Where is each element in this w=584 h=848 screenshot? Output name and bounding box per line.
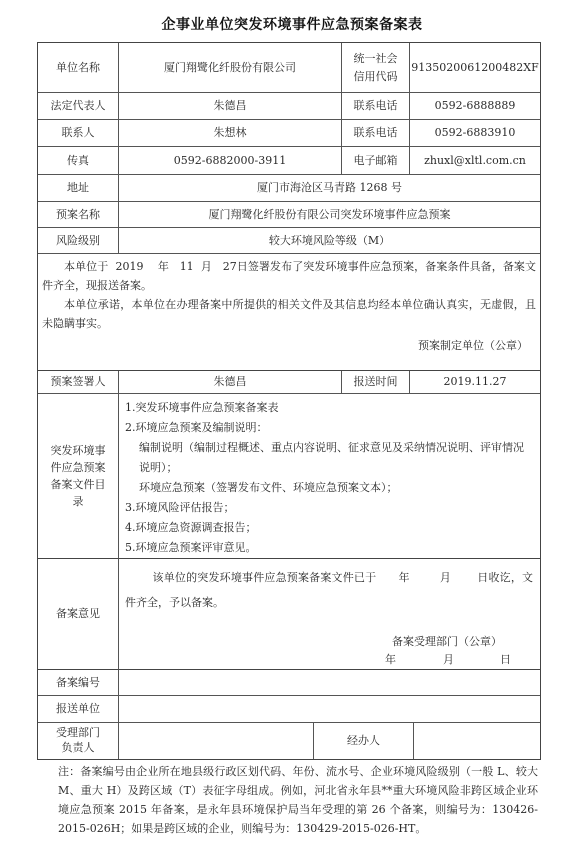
footnote: 注：备案编号由企业所在地县级行政区划代码、年份、流水号、企业环境风险级别（一般 … <box>58 762 538 838</box>
file-list-item: 编制说明（编制过程概述、重点内容说明、征求意见及采纳情况说明、评审情况说明）； <box>125 438 534 478</box>
plan-maker-stamp: 预案制定单位（公章） <box>418 336 528 355</box>
fax-label: 传真 <box>38 147 119 175</box>
opinion-date-year: 年 <box>385 651 396 667</box>
handler-value <box>414 723 540 759</box>
plan-name-label: 预案名称 <box>38 202 119 228</box>
email-value: zhuxl@xltl.com.cn <box>410 147 540 175</box>
handler-label: 经办人 <box>314 723 414 759</box>
document-title: 企事业单位突发环境事件应急预案备案表 <box>0 14 584 34</box>
declaration-day: 27 <box>223 260 237 273</box>
legal-rep-phone-value: 0592-6888889 <box>410 93 540 120</box>
file-list-item: 环境应急预案（签署发布文件、环境应急预案文本）； <box>125 478 534 498</box>
declaration-month: 11 <box>180 260 194 273</box>
declaration-paragraph-1: 本单位于 2019 年 11 月 27日签署发布了突发环境事件应急预案，备案条件… <box>42 257 536 295</box>
legal-rep-label: 法定代表人 <box>38 93 119 120</box>
legal-rep-value: 朱德昌 <box>119 93 342 120</box>
file-list-item: 3.环境风险评估报告； <box>125 498 534 518</box>
credit-code-value: 9135020061200482XF <box>410 43 540 93</box>
risk-level-label: 风险级别 <box>38 228 119 254</box>
contact-phone-value: 0592-6883910 <box>410 120 540 147</box>
submit-time-label: 报送时间 <box>342 371 410 394</box>
contact-label: 联系人 <box>38 120 119 147</box>
declaration-paragraph-2: 本单位承诺，本单位在办理备案中所提供的相关文件及其信息均经本单位确认真实，无虚假… <box>42 295 536 333</box>
opinion-date-month: 月 <box>443 651 454 667</box>
credit-code-label-line2: 信用代码 <box>354 68 398 85</box>
credit-code-label-line1: 统一社会 <box>354 50 398 67</box>
file-list-item: 2.环境应急预案及编制说明： <box>125 418 534 438</box>
address-value: 厦门市海沧区马青路 1268 号 <box>119 175 540 202</box>
submitting-unit-value <box>119 696 540 723</box>
signer-label: 预案签署人 <box>38 371 119 394</box>
file-list-item: 4.环境应急资源调查报告； <box>125 518 534 538</box>
email-label: 电子邮箱 <box>342 147 410 175</box>
plan-name-value: 厦门翔鹭化纤股份有限公司突发环境事件应急预案 <box>119 202 540 228</box>
fax-value: 0592-6882000-3911 <box>119 147 342 175</box>
dept-head-value <box>119 723 314 759</box>
unit-name-label: 单位名称 <box>38 43 119 93</box>
opinion-text: 该单位的突发环境事件应急预案备案文件已于年月日收讫，文件齐全，予以备案。 <box>125 565 533 615</box>
file-list: 1.突发环境事件应急预案备案表 2.环境应急预案及编制说明： 编制说明（编制过程… <box>119 394 540 559</box>
file-list-item: 1.突发环境事件应急预案备案表 <box>125 398 534 418</box>
file-list-item: 5.环境应急预案评审意见。 <box>125 538 534 558</box>
address-label: 地址 <box>38 175 119 202</box>
opinion-label: 备案意见 <box>38 559 119 670</box>
record-number-value <box>119 670 540 696</box>
dept-head-label: 受理部门 负责人 <box>38 723 119 759</box>
declaration-block: 本单位于 2019 年 11 月 27日签署发布了突发环境事件应急预案，备案条件… <box>38 254 540 371</box>
submitting-unit-label: 报送单位 <box>38 696 119 723</box>
contact-value: 朱想林 <box>119 120 342 147</box>
unit-name-value: 厦门翔鹭化纤股份有限公司 <box>119 43 342 93</box>
legal-rep-phone-label: 联系电话 <box>342 93 410 120</box>
opinion-date-day: 日 <box>500 651 511 667</box>
contact-phone-label: 联系电话 <box>342 120 410 147</box>
filing-dept-stamp: 备案受理部门（公章） <box>392 633 502 649</box>
credit-code-label: 统一社会 信用代码 <box>342 43 410 93</box>
signer-value: 朱德昌 <box>119 371 342 394</box>
filing-form-table: 单位名称 厦门翔鹭化纤股份有限公司 统一社会 信用代码 913502006120… <box>37 42 541 760</box>
record-number-label: 备案编号 <box>38 670 119 696</box>
declaration-year: 2019 <box>116 260 144 273</box>
risk-level-value: 较大环境风险等级（M） <box>119 228 540 254</box>
file-list-label: 突发环境事 件应急预案 备案文件目 录 <box>38 394 119 559</box>
submit-time-value: 2019.11.27 <box>410 371 540 394</box>
opinion-block: 该单位的突发环境事件应急预案备案文件已于年月日收讫，文件齐全，予以备案。 备案受… <box>119 559 540 670</box>
